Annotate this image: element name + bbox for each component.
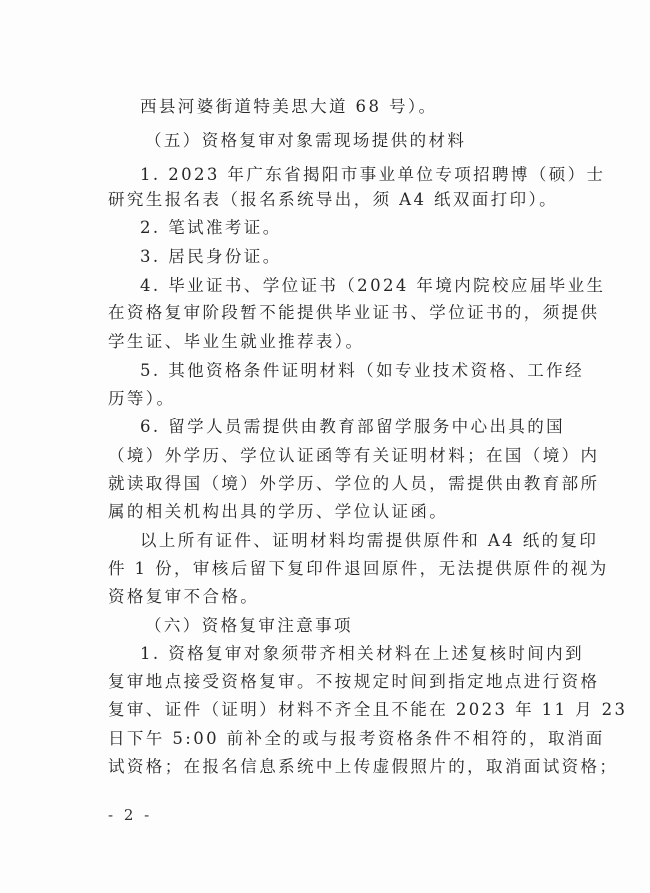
notice-1-line-4: 日下午 5:00 前补全的或与报考资格条件不相符的，取消面 <box>108 729 605 749</box>
item-6-line-1: 6. 留学人员需提供由教育部留学服务中心出具的国 <box>140 417 565 437</box>
item-6-line-3: 就读取得国（境）外学历、学位的人员，需提供由教育部所 <box>108 474 599 494</box>
item-4-line-2: 在资格复审阶段暂不能提供毕业证书、学位证书的，须提供 <box>108 303 599 323</box>
notice-1-line-1: 1. 资格复审对象须带齐相关材料在上述复核时间内到 <box>140 644 584 664</box>
notice-1-line-2: 复审地点接受资格复审。不按规定时间到指定地点进行资格 <box>108 672 599 692</box>
notice-1-line-3: 复审、证件（证明）材料不齐全且不能在 2023 年 11 月 23 <box>108 700 627 720</box>
item-1-line-2: 研究生报名表（报名系统导出，须 A4 纸双面打印）。 <box>108 190 558 210</box>
summary-line-1: 以上所有证件、证明材料均需提供原件和 A4 纸的复印 <box>140 531 598 551</box>
section-heading-5: （五）资格复审对象需现场提供的材料 <box>145 131 466 151</box>
item-6-line-2: （境）外学历、学位认证函等有关证明材料；在国（境）内 <box>108 446 599 466</box>
item-1-line-1: 1. 2023 年广东省揭阳市事业单位专项招聘博（硕）士 <box>140 165 605 185</box>
summary-line-2: 件 1 份，审核后留下复印件退回原件，无法提供原件的视为 <box>108 559 609 579</box>
document-page: 西县河婆街道特美思大道 68 号）。 （五）资格复审对象需现场提供的材料 1. … <box>0 0 650 893</box>
item-6-line-4: 属的相关机构出具的学历、学位认证函。 <box>108 502 448 522</box>
page-number: - 2 - <box>108 806 152 824</box>
notice-1-line-5: 试资格；在报名信息系统中上传虚假照片的，取消面试资格； <box>108 757 618 777</box>
section-heading-6: （六）资格复审注意事项 <box>145 616 353 636</box>
address-continuation: 西县河婆街道特美思大道 68 号）。 <box>140 97 437 117</box>
item-4-line-1: 4. 毕业证书、学位证书（2024 年境内院校应届毕业生 <box>140 276 605 296</box>
item-5-line-2: 历等）。 <box>108 389 175 409</box>
item-4-line-3: 学生证、毕业生就业推荐表）。 <box>108 332 364 352</box>
item-2: 2. 笔试准考证。 <box>140 218 282 238</box>
item-5-line-1: 5. 其他资格条件证明材料（如专业技术资格、工作经 <box>140 361 584 381</box>
item-3: 3. 居民身份证。 <box>140 247 282 267</box>
summary-line-3: 资格复审不合格。 <box>108 587 259 607</box>
